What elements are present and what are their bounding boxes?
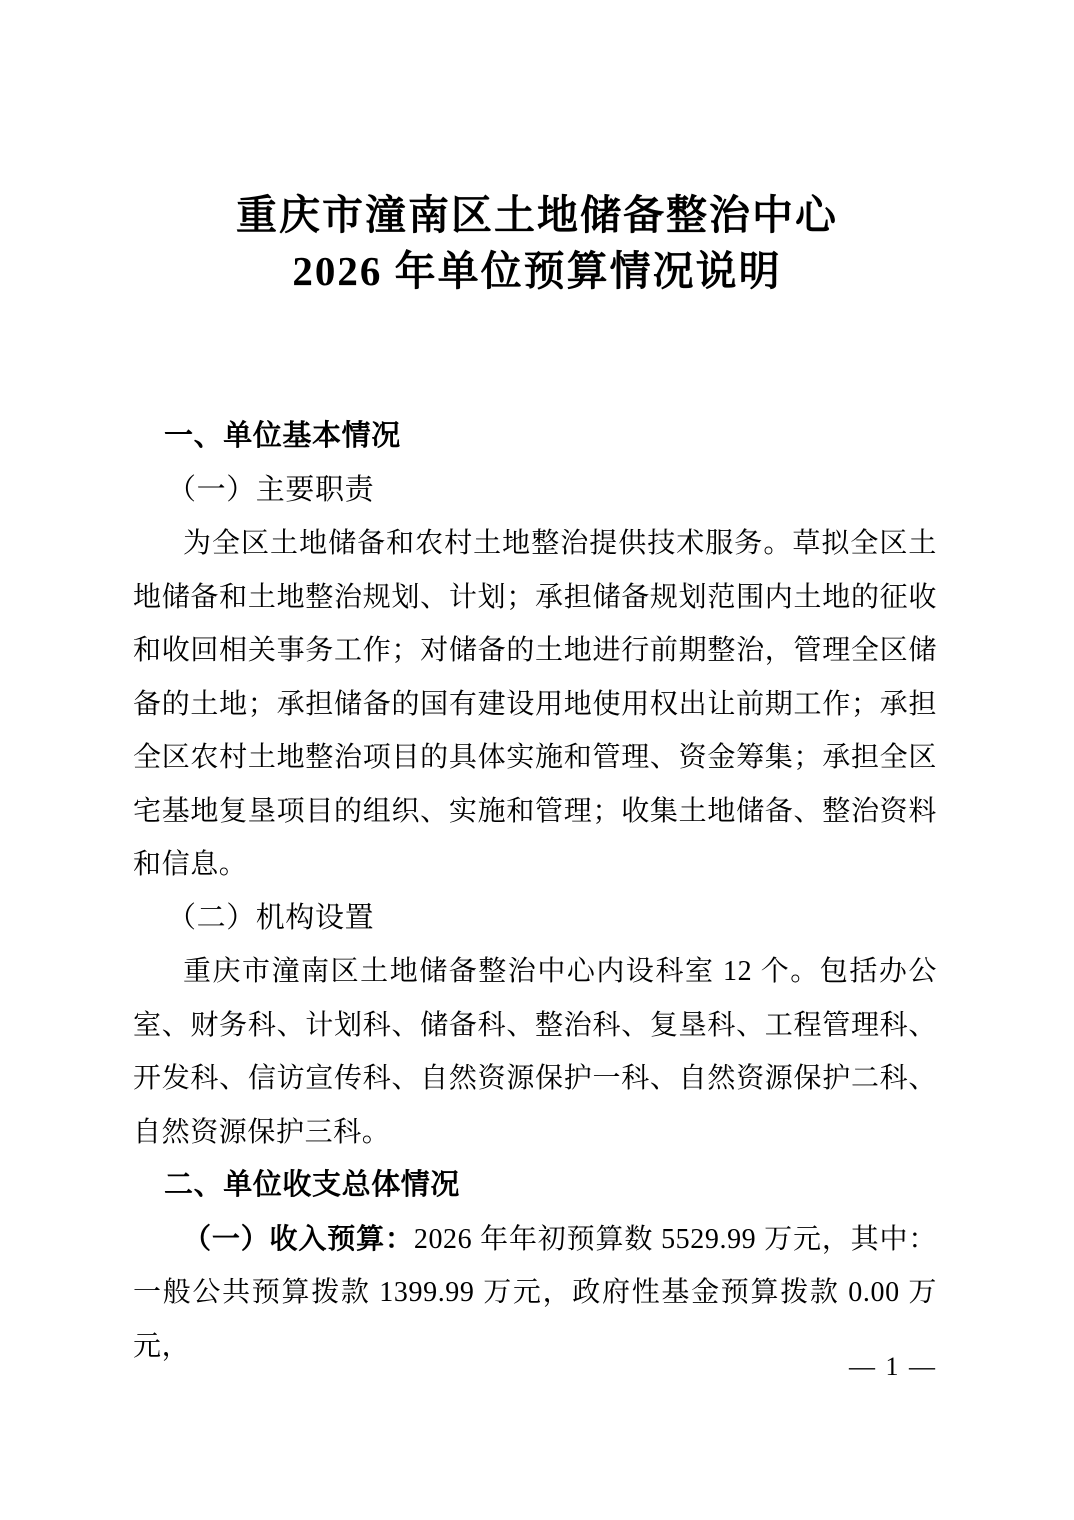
paragraph-income-budget: （一）收入预算：2026 年年初预算数 5529.99 万元，其中：一般公共预算… [133, 1213, 937, 1374]
paragraph-main-duties: 为全区土地储备和农村土地整治提供技术服务。草拟全区土地储备和土地整治规划、计划；… [133, 517, 937, 892]
document-page: 重庆市潼南区土地储备整治中心 2026 年单位预算情况说明 一、单位基本情况 （… [0, 0, 1074, 1520]
document-title: 重庆市潼南区土地储备整治中心 2026 年单位预算情况说明 [0, 187, 1074, 299]
income-budget-lead: （一）收入预算： [183, 1224, 414, 1255]
section-heading-budget-overview: 二、单位收支总体情况 [133, 1159, 937, 1213]
section-heading-basic-info: 一、单位基本情况 [133, 410, 937, 464]
subsection-heading-org-setup: （二）机构设置 [133, 892, 937, 946]
document-body: 一、单位基本情况 （一）主要职责 为全区土地储备和农村土地整治提供技术服务。草拟… [133, 410, 937, 1373]
page-number: — 1 — [849, 1352, 937, 1382]
paragraph-org-setup: 重庆市潼南区土地储备整治中心内设科室 12 个。包括办公室、财务科、计划科、储备… [133, 945, 937, 1159]
subsection-heading-main-duties: （一）主要职责 [133, 464, 937, 518]
title-line-2: 2026 年单位预算情况说明 [0, 243, 1074, 299]
title-line-1: 重庆市潼南区土地储备整治中心 [0, 187, 1074, 243]
